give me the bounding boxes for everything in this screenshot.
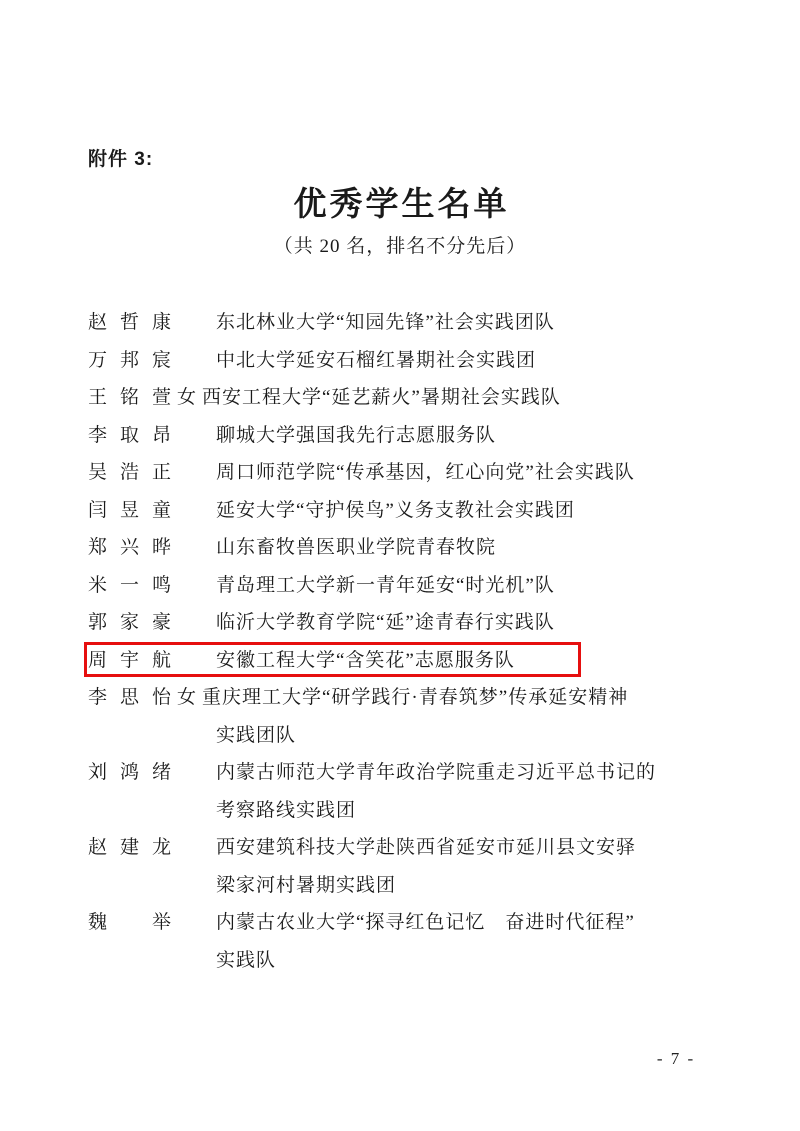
list-item: 闫昱童 延安大学“守护侯鸟”义务支教社会实践团 xyxy=(88,492,760,530)
team-line: 中北大学延安石榴红暑期社会实践团 xyxy=(216,342,536,380)
team-line: 山东畜牧兽医职业学院青春牧院 xyxy=(216,529,496,567)
student-name: 赵哲康 xyxy=(88,304,184,342)
doc-subtitle: （共 20 名，排名不分先后） xyxy=(0,231,800,258)
student-name: 米一鸣 xyxy=(88,567,184,605)
list-item: 郑兴晔 山东畜牧兽医职业学院青春牧院 xyxy=(88,529,760,567)
list-item: 郭家豪 临沂大学教育学院“延”途青春行实践队 xyxy=(88,604,760,642)
team-line: 内蒙古师范大学青年政治学院重走习近平总书记的 xyxy=(216,754,656,792)
student-gender: 女 xyxy=(177,679,196,717)
list-item: 魏 举 内蒙古农业大学“探寻红色记忆 奋进时代征程” xyxy=(88,904,760,942)
team-line: 东北林业大学“知园先锋”社会实践团队 xyxy=(216,304,555,342)
list-item: 周宇航 安徽工程大学“含笑花”志愿服务队 xyxy=(88,642,760,680)
document-page: 附件 3: 优秀学生名单 （共 20 名，排名不分先后） 赵哲康 东北林业大学“… xyxy=(0,0,800,1131)
team-line: 周口师范学院“传承基因，红心向党”社会实践队 xyxy=(216,454,635,492)
student-name: 李取昂 xyxy=(88,417,184,455)
highlight-box xyxy=(84,642,581,677)
list-item: 米一鸣 青岛理工大学新一青年延安“时光机”队 xyxy=(88,567,760,605)
student-name: 赵建龙 xyxy=(88,829,184,867)
team-line: 聊城大学强国我先行志愿服务队 xyxy=(216,417,496,455)
team-line: 实践团队 xyxy=(216,717,296,755)
student-name: 郑兴晔 xyxy=(88,529,184,567)
student-name: 李思怡 xyxy=(88,679,184,717)
doc-title: 优秀学生名单 xyxy=(0,178,800,225)
page-number: - 7 - xyxy=(628,1049,724,1069)
list-item-continuation: 实践团队 xyxy=(88,717,760,755)
list-item-continuation: 实践队 xyxy=(88,942,760,980)
list-item-continuation: 考察路线实践团 xyxy=(88,792,760,830)
team-line: 内蒙古农业大学“探寻红色记忆 奋进时代征程” xyxy=(216,904,635,942)
team-line: 青岛理工大学新一青年延安“时光机”队 xyxy=(216,567,555,605)
student-list: 赵哲康 东北林业大学“知园先锋”社会实践团队 万邦宸 中北大学延安石榴红暑期社会… xyxy=(88,304,760,979)
list-item: 赵建龙 西安建筑科技大学赴陕西省延安市延川县文安驿 xyxy=(88,829,760,867)
student-name: 吴浩正 xyxy=(88,454,184,492)
team-line: 梁家河村暑期实践团 xyxy=(216,867,396,905)
student-name: 魏 举 xyxy=(88,904,184,942)
student-name: 王铭萱 xyxy=(88,379,184,417)
attachment-label: 附件 3: xyxy=(88,144,153,171)
list-item: 李思怡 女 重庆理工大学“研学践行·青春筑梦”传承延安精神 xyxy=(88,679,760,717)
list-item: 赵哲康 东北林业大学“知园先锋”社会实践团队 xyxy=(88,304,760,342)
list-item: 吴浩正 周口师范学院“传承基因，红心向党”社会实践队 xyxy=(88,454,760,492)
list-item: 李取昂 聊城大学强国我先行志愿服务队 xyxy=(88,417,760,455)
list-item-continuation: 梁家河村暑期实践团 xyxy=(88,867,760,905)
student-name: 万邦宸 xyxy=(88,342,184,380)
team-line: 实践队 xyxy=(216,942,276,980)
list-item: 刘鸿绪 内蒙古师范大学青年政治学院重走习近平总书记的 xyxy=(88,754,760,792)
student-name: 刘鸿绪 xyxy=(88,754,184,792)
team-line: 临沂大学教育学院“延”途青春行实践队 xyxy=(216,604,555,642)
student-name: 郭家豪 xyxy=(88,604,184,642)
student-gender: 女 xyxy=(177,379,196,417)
team-line: 重庆理工大学“研学践行·青春筑梦”传承延安精神 xyxy=(202,679,628,717)
team-line: 西安工程大学“延艺薪火”暑期社会实践队 xyxy=(202,379,561,417)
team-line: 延安大学“守护侯鸟”义务支教社会实践团 xyxy=(216,492,575,530)
team-line: 考察路线实践团 xyxy=(216,792,356,830)
student-name: 闫昱童 xyxy=(88,492,184,530)
team-line: 西安建筑科技大学赴陕西省延安市延川县文安驿 xyxy=(216,829,636,867)
list-item: 万邦宸 中北大学延安石榴红暑期社会实践团 xyxy=(88,342,760,380)
list-item: 王铭萱 女 西安工程大学“延艺薪火”暑期社会实践队 xyxy=(88,379,760,417)
